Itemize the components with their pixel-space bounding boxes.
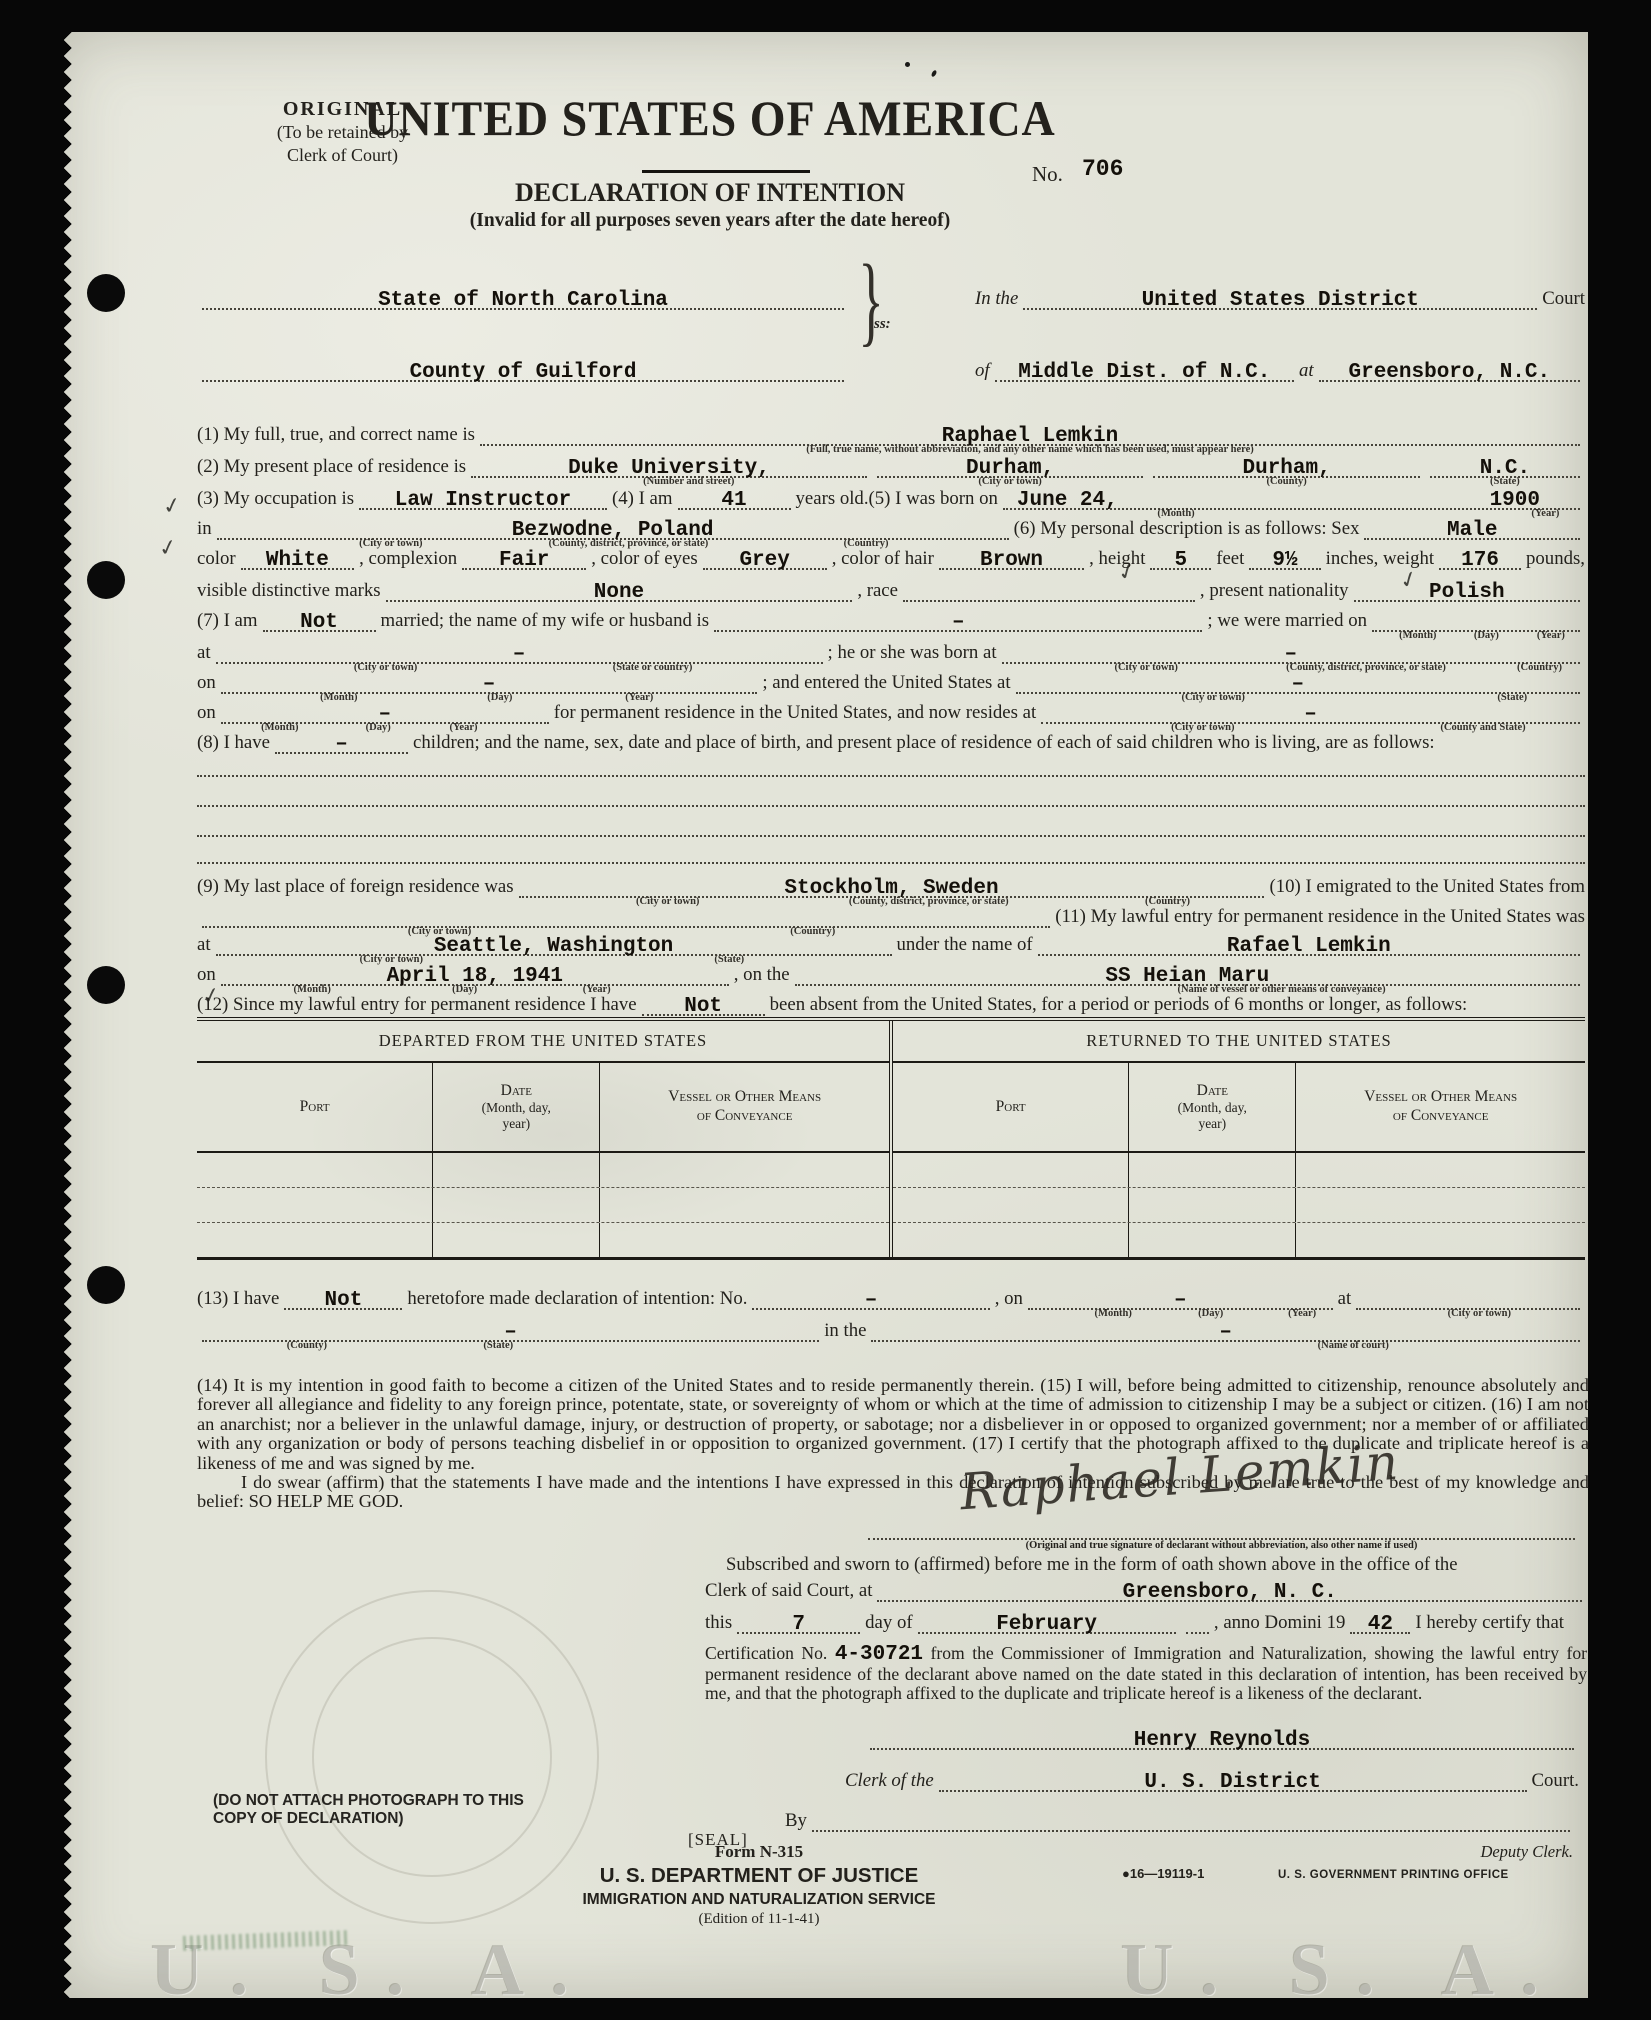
item1-label: (1) My full, true, and correct name is xyxy=(197,424,475,446)
table-row xyxy=(893,1188,1585,1223)
blank-dash: – xyxy=(335,734,348,755)
sex-value: Male xyxy=(1447,520,1497,541)
returned-table: RETURNED TO THE UNITED STATES Port Date … xyxy=(893,1021,1585,1257)
residence-city-field: Durham, (City or town) xyxy=(877,452,1144,478)
emigrated-from-field: (City or town) (Country) xyxy=(202,902,1050,928)
returned-title: RETURNED TO THE UNITED STATES xyxy=(893,1021,1585,1063)
hair-value: Brown xyxy=(980,550,1043,571)
occupation-value: Law Instructor xyxy=(395,490,571,511)
feet-field: 5 xyxy=(1150,544,1211,570)
declaration-number: 706 xyxy=(1082,156,1123,182)
validity-note: (Invalid for all purposes seven years af… xyxy=(310,210,1110,232)
certification-number-label: Certification No. xyxy=(705,1643,827,1663)
in-label: in xyxy=(197,518,212,540)
at-label: at xyxy=(197,934,211,956)
entry-name-value: Rafael Lemkin xyxy=(1227,936,1391,957)
blank-dash: – xyxy=(1219,1322,1232,1343)
table-row xyxy=(197,1153,889,1188)
punch-hole xyxy=(87,274,125,312)
clerk-signature-field: Henry Reynolds xyxy=(870,1724,1574,1750)
on-label: on xyxy=(197,702,216,724)
ss-label: ss: xyxy=(874,316,891,333)
county-sublabel: (County) xyxy=(287,1341,327,1352)
deputy-signature-field xyxy=(812,1806,1570,1832)
nationality-field: Polish xyxy=(1354,576,1580,602)
table-row xyxy=(893,1153,1585,1188)
date-column-header: Date (Month, day, year) xyxy=(433,1063,600,1151)
day-of-label: day of xyxy=(865,1612,912,1634)
color-label: color xyxy=(197,548,236,570)
table-row xyxy=(197,1188,889,1223)
place-field: Greensboro, N.C. xyxy=(1319,356,1580,382)
birthplace-field: Bezwodne, Poland (City or town) (County,… xyxy=(217,514,1009,540)
on-label: on xyxy=(197,672,216,694)
clerk-court-value: U. S. District xyxy=(1144,1772,1320,1793)
court-name-value: United States District xyxy=(1142,290,1419,311)
returned-rows xyxy=(893,1153,1585,1257)
residence-county-field: Durham, (County) xyxy=(1153,452,1420,478)
age-field: 41 xyxy=(678,484,791,510)
blank-dash: – xyxy=(1304,704,1317,725)
vessel-header-line2: of Conveyance xyxy=(697,1107,793,1126)
vessel-header-line1: Vessel or Other Means xyxy=(668,1088,821,1107)
table-row xyxy=(893,1223,1585,1257)
residence-state-field: N.C. (State) xyxy=(1430,452,1580,478)
height-label: , height xyxy=(1089,548,1145,570)
court-name-field: United States District xyxy=(1023,284,1537,310)
race-field xyxy=(903,576,1195,602)
sex-field: Male xyxy=(1364,514,1580,540)
inches-value: 9½ xyxy=(1272,550,1297,571)
nationality-label: , present nationality xyxy=(1200,580,1349,602)
children-blank-row xyxy=(197,835,1585,837)
clerk-court-field: U. S. District xyxy=(939,1766,1527,1792)
punch-hole xyxy=(87,1266,125,1304)
on-label: on xyxy=(197,964,216,986)
item10-label: (10) I emigrated to the United States fr… xyxy=(1269,876,1585,898)
hair-label: , color of hair xyxy=(832,548,934,570)
ink-speck xyxy=(905,62,910,67)
returned-header-row: Port Date (Month, day, year) Vessel or O… xyxy=(893,1063,1585,1153)
item12-label: (12) Since my lawful entry for permanent… xyxy=(197,994,637,1016)
eyes-field: Grey xyxy=(703,544,827,570)
item7-label: (7) I am xyxy=(197,610,258,632)
item13-line: (13) I have Not heretofore made declarat… xyxy=(197,1284,1585,1310)
spouse-birthdate-field: – (Month) (Day) (Year) xyxy=(221,668,758,694)
at-label: at xyxy=(1338,1288,1352,1310)
certification-paragraph: Certification No. 4-30721 from the Commi… xyxy=(705,1644,1587,1702)
date-column-header: Date (Month, day, year) xyxy=(1129,1063,1296,1151)
date-header-paren1: (Month, day, xyxy=(482,1100,551,1116)
county-field: County of Guilford xyxy=(202,356,844,382)
document-title: UNITED STATES OF AMERICA xyxy=(360,90,1060,147)
certify-label: I hereby certify that xyxy=(1415,1612,1564,1634)
spouse-residence-line: on – (Month) (Day) (Year) for permanent … xyxy=(197,698,1585,724)
birthdate-field: June 24, 1900 (Month) (Year) xyxy=(1003,484,1580,510)
embossed-seal-inner-ring xyxy=(312,1637,552,1877)
in-the-court-label: in the xyxy=(824,1320,866,1342)
item6-label: (6) My personal description is as follow… xyxy=(1014,518,1360,540)
departed-header-row: Port Date (Month, day, year) Vessel or O… xyxy=(197,1063,889,1153)
inches-field: 9½ xyxy=(1249,544,1320,570)
blank-dash: – xyxy=(952,612,965,633)
at-label: at xyxy=(197,642,211,664)
this-label: this xyxy=(705,1612,732,1634)
hair-field: Brown xyxy=(939,544,1084,570)
clerk-at-line: Clerk of said Court, at Greensboro, N. C… xyxy=(705,1576,1587,1602)
spouse-now-resides-field: – (City or town) (County and State) xyxy=(1041,698,1580,724)
by-line: By xyxy=(785,1806,1575,1832)
edition-note: (Edition of 11-1-41) xyxy=(528,1911,990,1928)
name-of-court-sublabel: (Name of court) xyxy=(1318,1341,1389,1352)
complexion-field: Fair xyxy=(462,544,586,570)
spouse-name-label: married; the name of my wife or husband … xyxy=(381,610,710,632)
at-label: at xyxy=(1299,360,1314,382)
anno-domini-label: , anno Domini 19 xyxy=(1214,1612,1345,1634)
married-status-value: Not xyxy=(300,612,338,633)
clerk-at-label: Clerk of said Court, at xyxy=(705,1580,872,1602)
prior-declaration-field: Not xyxy=(284,1284,402,1310)
date-header-paren2: year) xyxy=(502,1116,530,1132)
table-row xyxy=(197,1223,889,1257)
clerk-of-label: Clerk of the xyxy=(845,1770,934,1792)
entry-place-value: Seattle, Washington xyxy=(434,936,673,957)
sworn-place-value: Greensboro, N. C. xyxy=(1123,1582,1337,1603)
item12-post: been absent from the United States, for … xyxy=(770,994,1468,1016)
color-field: White xyxy=(241,544,355,570)
item4-post: years old. xyxy=(796,488,869,510)
clerk-signature-value: Henry Reynolds xyxy=(1134,1730,1310,1751)
item9-label: (9) My last place of foreign residence w… xyxy=(197,876,514,898)
sworn-month-value: February xyxy=(996,1614,1097,1635)
sworn-statement: Subscribed and sworn to (affirmed) befor… xyxy=(726,1554,1589,1576)
item2-label: (2) My present place of residence is xyxy=(197,456,466,478)
age-value: 41 xyxy=(721,490,746,511)
court-word: Court xyxy=(1542,288,1585,310)
brace-glyph: } xyxy=(858,250,883,351)
prior-place-field: (City or town) xyxy=(1356,1284,1580,1310)
item13-line2: – (County) (State) in the – (Name of cou… xyxy=(197,1316,1585,1342)
birth-month-day-value: June 24, xyxy=(1017,490,1118,511)
punch-hole xyxy=(87,966,125,1004)
gpo-code: ●16—19119-1 xyxy=(1122,1866,1204,1881)
entered-at-label: ; and entered the United States at xyxy=(762,672,1010,694)
marks-field: None xyxy=(386,576,853,602)
court-suffix-label: Court. xyxy=(1532,1770,1579,1792)
children-count-field: – xyxy=(275,728,408,754)
state-field: State of North Carolina xyxy=(202,284,844,310)
prior-declaration-value: Not xyxy=(324,1290,362,1311)
perm-residence-label: for permanent residence in the United St… xyxy=(554,702,1036,724)
spouse-entry-place-field: – (City or town) (State) xyxy=(1016,668,1580,694)
sworn-place-field: Greensboro, N. C. xyxy=(877,1576,1582,1602)
of-label: of xyxy=(975,360,990,382)
children-blank-row xyxy=(197,805,1585,807)
item11-label: (11) My lawful entry for permanent resid… xyxy=(1055,906,1585,928)
entry-date-line: on April 18, 1941 (Month) (Day) (Year) ,… xyxy=(197,960,1585,986)
absent-status-value: Not xyxy=(684,996,722,1017)
description-line: color White , complexion Fair , color of… xyxy=(197,544,1585,570)
item8-line: (8) I have – children; and the name, sex… xyxy=(197,728,1585,754)
item9-line: (9) My last place of foreign residence w… xyxy=(197,872,1585,898)
entry-name-field: Rafael Lemkin xyxy=(1038,930,1580,956)
birthplace-line: in Bezwodne, Poland (City or town) (Coun… xyxy=(197,514,1585,540)
entry-date-field: April 18, 1941 (Month) (Day) (Year) xyxy=(221,960,729,986)
sworn-day-field: 7 xyxy=(737,1608,860,1634)
county-value: County of Guilford xyxy=(410,362,637,383)
spouse-entry-date-field: – (Month) (Day) (Year) xyxy=(221,698,549,724)
street-field: Duke University, (Number and street) xyxy=(471,452,867,478)
married-date-field: (Month) (Day) (Year) xyxy=(1372,606,1580,632)
spouse-name-field: – xyxy=(714,606,1202,632)
absent-status-field: Not xyxy=(642,990,765,1016)
blank-dash: – xyxy=(1174,1290,1187,1311)
feet-label: feet xyxy=(1216,548,1244,570)
eyes-value: Grey xyxy=(739,550,789,571)
weight-label: inches, weight xyxy=(1326,548,1435,570)
spouse-entry-line: on – (Month) (Day) (Year) ; and entered … xyxy=(197,668,1585,694)
department-name: U. S. DEPARTMENT OF JUSTICE xyxy=(528,1864,990,1888)
children-blank-row xyxy=(197,862,1585,864)
prior-court-field: – (Name of court) xyxy=(871,1316,1580,1342)
pounds-label: pounds, xyxy=(1526,548,1585,570)
item13-post: heretofore made declaration of intention… xyxy=(407,1288,747,1310)
number-label: No. xyxy=(1032,162,1063,187)
prior-county-state-field: – (County) (State) xyxy=(202,1316,819,1342)
item1-line: (1) My full, true, and correct name is R… xyxy=(197,420,1585,446)
district-field: Middle Dist. of N.C. xyxy=(995,356,1294,382)
prior-number-field: – xyxy=(752,1284,989,1310)
clerk-title-line: Clerk of the U. S. District Court. xyxy=(845,1766,1579,1792)
foreign-residence-field: Stockholm, Sweden (City or town) (County… xyxy=(519,872,1265,898)
court-line: In the United States District Court xyxy=(975,284,1585,310)
marks-label: visible distinctive marks xyxy=(197,580,381,602)
document-subtitle: DECLARATION OF INTENTION xyxy=(360,178,1060,208)
vessel-header-line2: of Conveyance xyxy=(1393,1107,1489,1126)
blank-dash: – xyxy=(865,1290,878,1311)
item12-line: (12) Since my lawful entry for permanent… xyxy=(197,990,1585,1016)
county-line: County of Guilford xyxy=(197,356,849,382)
blank-dash: – xyxy=(1292,674,1305,695)
sworn-year-field: 42 xyxy=(1350,1608,1410,1634)
spouse-birthplace-field: – (City or town) (County, district, prov… xyxy=(1002,638,1580,664)
item3-label: (3) My occupation is xyxy=(197,488,354,510)
gpo-label: U. S. GOVERNMENT PRINTING OFFICE xyxy=(1278,1869,1509,1881)
item7-line: (7) I am Not married; the name of my wif… xyxy=(197,606,1585,632)
district-line: of Middle Dist. of N.C. at Greensboro, N… xyxy=(975,356,1585,382)
form-footer: Form N-315 U. S. DEPARTMENT OF JUSTICE I… xyxy=(528,1842,990,1928)
place-value: Greensboro, N.C. xyxy=(1348,362,1550,383)
item2-line: (2) My present place of residence is Duk… xyxy=(197,452,1585,478)
entry-place-field: Seattle, Washington (City or town) (Stat… xyxy=(216,930,892,956)
sworn-day-value: 7 xyxy=(792,1614,805,1635)
departed-table: DEPARTED FROM THE UNITED STATES Port Dat… xyxy=(197,1021,893,1257)
item3-line: (3) My occupation is Law Instructor (4) … xyxy=(197,484,1585,510)
eyes-label: , color of eyes xyxy=(591,548,697,570)
complexion-value: Fair xyxy=(499,550,549,571)
scanned-declaration-document: U. S. A. U. S. A. ✓ ✓ ✓ ✓ ✓ ORIGINAL (To… xyxy=(0,0,1651,2020)
date-header-paren2: year) xyxy=(1198,1116,1226,1132)
port-column-header: Port xyxy=(197,1063,433,1151)
vessel-field: SS Heian Maru (Name of vessel or other m… xyxy=(795,960,1580,986)
title-rule xyxy=(642,170,810,173)
children-detail-label: children; and the name, sex, date and pl… xyxy=(413,732,1435,754)
absence-table: DEPARTED FROM THE UNITED STATES Port Dat… xyxy=(197,1017,1585,1260)
state-sublabel: (State) xyxy=(483,1341,513,1352)
marks-line: visible distinctive marks None , race , … xyxy=(197,576,1585,602)
state-line: State of North Carolina xyxy=(197,284,849,310)
sworn-year-value: 42 xyxy=(1368,1614,1393,1635)
vessel-column-header: Vessel or Other Means of Conveyance xyxy=(1296,1063,1585,1151)
date-header-word: Date xyxy=(501,1082,532,1101)
item5-label: (5) I was born on xyxy=(869,488,998,510)
date-header-word: Date xyxy=(1197,1082,1228,1101)
in-the-label: In the xyxy=(975,288,1018,310)
occupation-field: Law Instructor xyxy=(359,484,607,510)
photo-note-line1: (DO NOT ATTACH PHOTOGRAPH TO THIS xyxy=(213,1792,524,1810)
departed-rows xyxy=(197,1153,889,1257)
nationality-value: Polish xyxy=(1429,582,1505,603)
photo-note-line2: COPY OF DECLARATION) xyxy=(213,1810,524,1828)
punch-hole xyxy=(87,561,125,599)
item13-label: (13) I have xyxy=(197,1288,279,1310)
departed-title: DEPARTED FROM THE UNITED STATES xyxy=(197,1021,889,1063)
under-name-label: under the name of xyxy=(897,934,1033,956)
feet-value: 5 xyxy=(1175,550,1188,571)
item4-label: (4) I am xyxy=(612,488,673,510)
signature-sublabel: (Original and true signature of declaran… xyxy=(1026,1540,1418,1551)
weight-value: 176 xyxy=(1461,550,1499,571)
district-value: Middle Dist. of N.C. xyxy=(1018,362,1270,383)
deputy-clerk-label: Deputy Clerk. xyxy=(1480,1842,1573,1862)
sworn-month-field: February xyxy=(918,1608,1176,1634)
on-the-label: , on the xyxy=(734,964,790,986)
married-status-field: Not xyxy=(263,606,376,632)
photo-note: (DO NOT ATTACH PHOTOGRAPH TO THIS COPY O… xyxy=(213,1792,524,1828)
port-column-header: Port xyxy=(893,1063,1129,1151)
entry-place-line: at Seattle, Washington (City or town) (S… xyxy=(197,930,1585,956)
clerk-signature-line: Henry Reynolds xyxy=(865,1724,1579,1750)
spouse-born-label: ; he or she was born at xyxy=(828,642,997,664)
blank-dash: – xyxy=(513,644,526,665)
weight-field: 176 xyxy=(1439,544,1521,570)
spouse-birth-line: at – (City or town) (State or country) ;… xyxy=(197,638,1585,664)
race-label: , race xyxy=(857,580,898,602)
state-value: State of North Carolina xyxy=(378,290,668,311)
prior-date-field: – (Month) (Day) (Year) xyxy=(1028,1284,1333,1310)
complexion-label: , complexion xyxy=(359,548,457,570)
date-header-paren1: (Month, day, xyxy=(1178,1100,1247,1116)
full-name-field: Raphael Lemkin (Full, true name, without… xyxy=(480,420,1580,446)
date-sworn-line: this 7 day of February , anno Domini 19 … xyxy=(705,1608,1587,1634)
torn-edge xyxy=(55,32,72,1998)
month-filler-dashes xyxy=(1186,1608,1209,1634)
service-name: IMMIGRATION AND NATURALIZATION SERVICE xyxy=(528,1891,990,1909)
vessel-column-header: Vessel or Other Means of Conveyance xyxy=(600,1063,889,1151)
color-value: White xyxy=(266,550,329,571)
on-label: , on xyxy=(995,1288,1023,1310)
item10-item11-line: (City or town) (Country) (11) My lawful … xyxy=(197,902,1585,928)
married-place-field: – (City or town) (State or country) xyxy=(216,638,823,664)
usa-watermark: U. S. A. xyxy=(1120,1928,1564,2013)
certification-number-value: 4-30721 xyxy=(835,1643,923,1666)
item8-label: (8) I have xyxy=(197,732,270,754)
signature-line: (Original and true signature of declaran… xyxy=(868,1512,1575,1540)
vessel-header-line1: Vessel or Other Means xyxy=(1364,1088,1517,1107)
marks-value: None xyxy=(594,582,644,603)
married-on-label: ; we were married on xyxy=(1207,610,1367,632)
by-label: By xyxy=(785,1810,807,1832)
form-number: Form N-315 xyxy=(528,1842,990,1862)
children-blank-row xyxy=(197,775,1585,777)
